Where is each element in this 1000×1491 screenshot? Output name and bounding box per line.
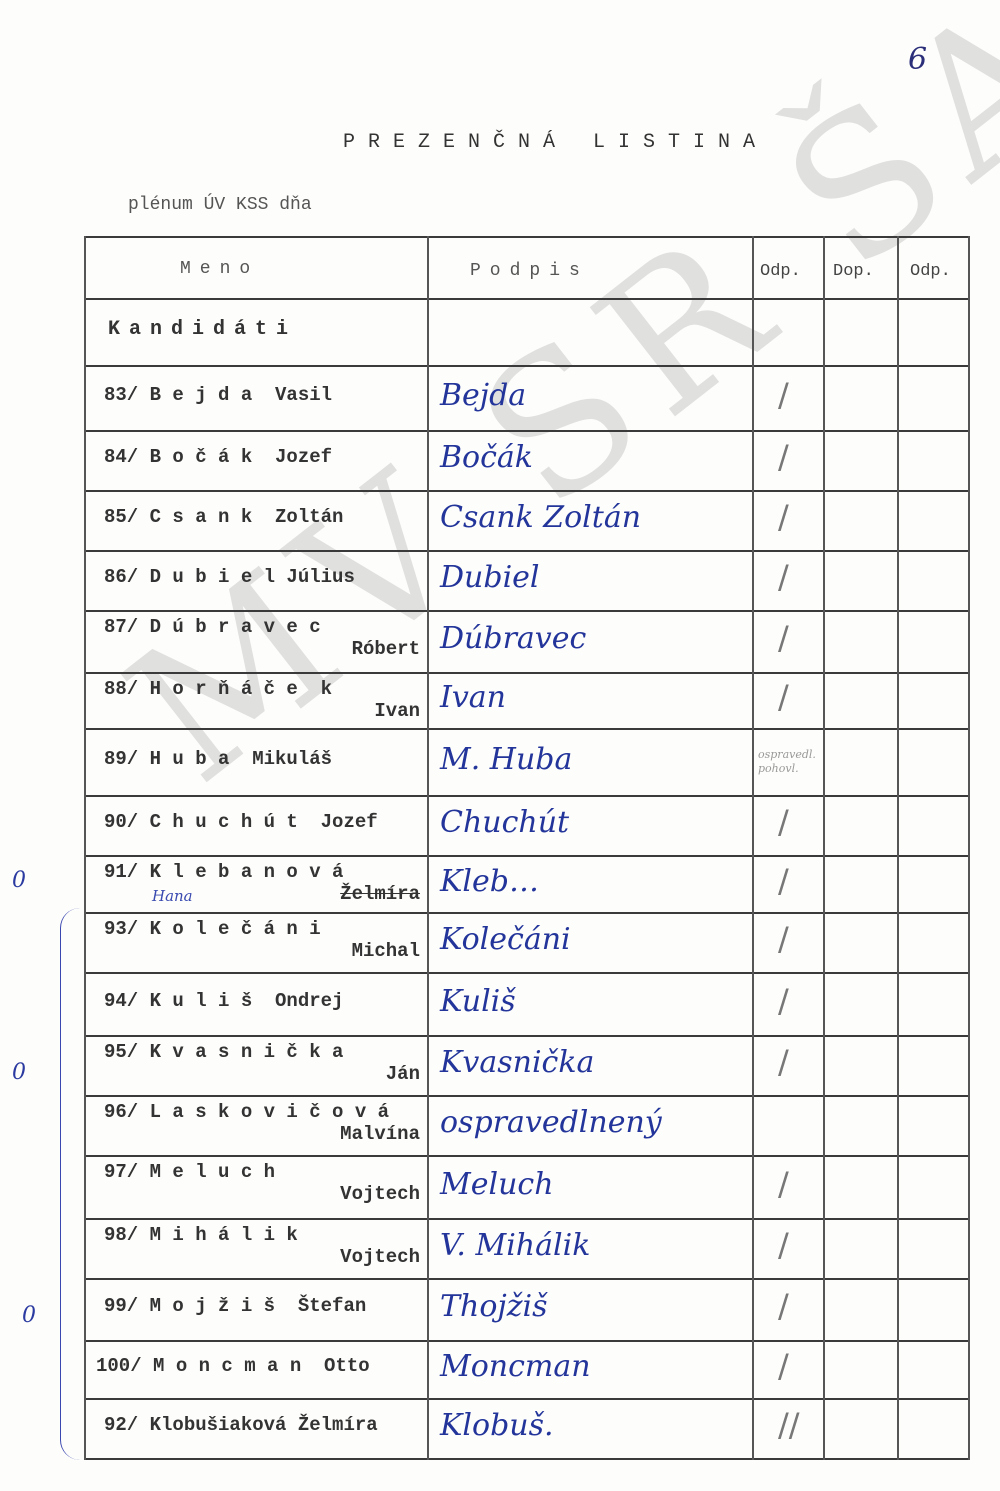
attendance-tick-mark: / <box>778 862 789 900</box>
column-header-odp: Odp. <box>760 262 801 281</box>
table-rule <box>84 1398 970 1400</box>
table-rule <box>84 1155 970 1157</box>
signature: Kolečáni <box>440 922 571 957</box>
member-name: 83/ B e j d a Vasil <box>104 384 332 406</box>
member-name: 96/ L a s k o v i č o v á <box>104 1101 389 1123</box>
margin-bracket-annotation <box>60 908 81 1460</box>
attendance-tick-mark: // <box>778 1406 800 1444</box>
member-first-name: Želmíra <box>340 883 420 905</box>
attendance-tick-mark: / <box>778 1165 789 1203</box>
table-rule <box>84 912 970 914</box>
attendance-tick-mark: / <box>778 1347 789 1385</box>
member-first-name: Ivan <box>374 700 420 722</box>
table-rule <box>84 855 970 857</box>
member-name: 97/ M e l u c h <box>104 1161 275 1183</box>
table-rule <box>84 972 970 974</box>
column-header-meno: Meno <box>180 259 259 279</box>
column-header-odp-2: Odp. <box>910 262 951 281</box>
attendance-tick-mark: / <box>778 1043 789 1081</box>
table-column-rule <box>84 236 86 1460</box>
column-header-podpis: Podpis <box>470 261 589 281</box>
column-header-dop: Dop. <box>833 262 874 281</box>
member-first-name: Ján <box>386 1063 420 1085</box>
signature: Ivan <box>440 680 506 715</box>
member-name: 85/ C s a n k Zoltán <box>104 506 343 528</box>
member-first-name: Vojtech <box>340 1246 420 1268</box>
table-column-rule <box>823 236 825 1460</box>
member-name: 93/ K o l e č á n i <box>104 918 321 940</box>
member-name: 88/ H o r ň á č e k <box>104 678 332 700</box>
signature: Kuliš <box>440 984 516 1019</box>
member-name: 90/ C h u c h ú t Jozef <box>104 811 378 833</box>
signature: Meluch <box>440 1167 554 1202</box>
table-rule <box>84 236 970 238</box>
table-rule <box>84 1035 970 1037</box>
signature: V. Mihálik <box>440 1228 590 1263</box>
attendance-tick-mark: / <box>778 1226 789 1264</box>
signature: Moncman <box>440 1349 591 1384</box>
signature: Dubiel <box>440 560 540 595</box>
signature: Bočák <box>440 440 533 475</box>
member-name: 98/ M i h á l i k <box>104 1224 298 1246</box>
table-rule <box>84 795 970 797</box>
table-column-rule <box>968 236 970 1460</box>
attendance-tick-mark: / <box>778 376 789 414</box>
member-name: 86/ D u b i e l Július <box>104 566 355 588</box>
table-rule <box>84 490 970 492</box>
attendance-tick-mark: / <box>778 619 789 657</box>
table-rule <box>84 298 970 300</box>
table-rule <box>84 672 970 674</box>
margin-mark: 0 <box>12 868 26 893</box>
member-name: 100/ M o n c m a n Otto <box>96 1355 370 1377</box>
member-first-name: Michal <box>352 940 420 962</box>
attendance-tick-mark: / <box>778 558 789 596</box>
attendance-tick-mark: / <box>778 678 789 716</box>
signature: Chuchút <box>440 805 569 840</box>
member-name: 91/ K l e b a n o v á <box>104 861 343 883</box>
member-name: 84/ B o č á k Jozef <box>104 446 332 468</box>
table-rule <box>84 430 970 432</box>
signature: Klobuš. <box>440 1408 554 1443</box>
signature: Kleb… <box>440 864 539 899</box>
signature: M. Huba <box>440 742 572 777</box>
signature: Csank Zoltán <box>440 500 641 535</box>
table-rule <box>84 550 970 552</box>
signature: ospravedlnený <box>440 1105 662 1140</box>
margin-mark: 0 <box>22 1303 36 1328</box>
table-rule <box>84 1095 970 1097</box>
member-name: 89/ H u b a Mikuláš <box>104 748 332 770</box>
signature: Dúbravec <box>440 621 586 656</box>
section-label-kandidati: Kandidáti <box>108 318 297 341</box>
member-name: 99/ M o j ž i š Štefan <box>104 1295 366 1317</box>
table-rule <box>84 1458 970 1460</box>
attendance-tick-mark: / <box>778 498 789 536</box>
absence-note: ospravedl. pohovl. <box>758 748 820 776</box>
member-name: 94/ K u l i š Ondrej <box>104 990 343 1012</box>
attendance-tick-mark: / <box>778 982 789 1020</box>
table-rule <box>84 365 970 367</box>
member-first-name: Vojtech <box>340 1183 420 1205</box>
attendance-tick-mark: / <box>778 920 789 958</box>
member-first-name: Róbert <box>352 638 420 660</box>
member-name: 92/ Klobušiaková Želmíra <box>104 1414 378 1436</box>
table-rule <box>84 1340 970 1342</box>
table-rule <box>84 610 970 612</box>
signature: Thojžiš <box>440 1289 548 1324</box>
margin-mark: 0 <box>12 1060 26 1085</box>
attendance-tick-mark: / <box>778 803 789 841</box>
member-name: 95/ K v a s n i č k a <box>104 1041 343 1063</box>
attendance-tick-mark: / <box>778 438 789 476</box>
table-rule <box>84 728 970 730</box>
handwritten-correction: Hana <box>152 887 193 905</box>
attendance-tick-mark: / <box>778 1287 789 1325</box>
table-column-rule <box>752 236 754 1460</box>
table-rule <box>84 1218 970 1220</box>
table-column-rule <box>897 236 899 1460</box>
table-rule <box>84 1278 970 1280</box>
signature: Kvasnička <box>440 1045 594 1080</box>
signature: Bejda <box>440 378 526 413</box>
member-first-name: Malvína <box>340 1123 420 1145</box>
member-name: 87/ D ú b r a v e c <box>104 616 321 638</box>
table-column-rule <box>427 236 429 1460</box>
